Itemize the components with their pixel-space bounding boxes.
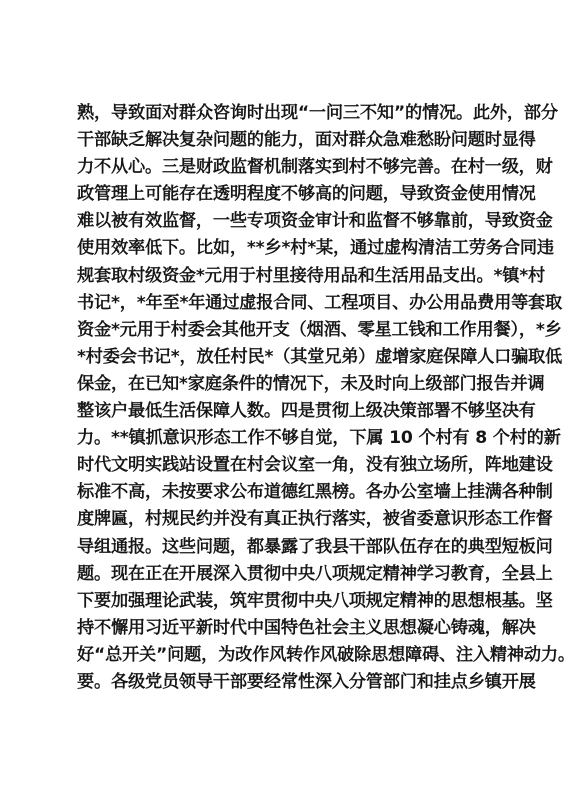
text-line-14: 时代文明实践站设置在村会议室一角，没有独立场所，阵地建设 <box>77 452 487 479</box>
text-line-10: *村委会书记*，放任村民*（其堂兄弟）虚增家庭保障人口骗取低 <box>77 344 487 371</box>
text-line-5: 难以被有效监督，一些专项资金审计和监督不够靠前，导致资金 <box>77 208 487 235</box>
text-line-3: 力不从心。三是财政监督机制落实到村不够完善。在村一级，财 <box>77 154 487 181</box>
text-line-12: 整该户最低生活保障人数。四是贯彻上级决策部署不够坚决有 <box>77 398 487 425</box>
text-line-4: 政管理上可能存在透明程度不够高的问题，导致资金使用情况 <box>77 181 487 208</box>
text-line-8: 书记*，*年至*年通过虚报合同、工程项目、办公用品费用等套取 <box>77 290 487 317</box>
text-line-22: 要。各级党员领导干部要经常性深入分管部门和挂点乡镇开展 <box>77 669 487 696</box>
document-page: 熟，导致面对群众咨询时出现“一问三不知”的情况。此外，部分 干部缺乏解决复杂问题… <box>0 0 570 807</box>
text-line-11: 保金，在已知*家庭条件的情况下，未及时向上级部门报告并调 <box>77 371 487 398</box>
text-line-9: 资金*元用于村委会其他开支（烟酒、零星工钱和工作用餐），*乡 <box>77 317 487 344</box>
text-line-16: 度牌匾，村规民约并没有真正执行落实，被省委意识形态工作督 <box>77 506 487 533</box>
text-line-21: 好“总开关”问题，为改作风转作风破除思想障碍、注入精神动力。 <box>77 642 487 669</box>
text-line-19: 下要加强理论武装，筑牢贯彻中央八项规定精神的思想根基。坚 <box>77 588 487 615</box>
text-line-15: 标准不高，未按要求公布道德红黑榜。各办公室墙上挂满各种制 <box>77 479 487 506</box>
text-line-7: 规套取村级资金*元用于村里接待用品和生活用品支出。*镇*村 <box>77 263 487 290</box>
text-line-20: 持不懈用习近平新时代中国特色社会主义思想凝心铸魂，解决 <box>77 615 487 642</box>
text-line-18: 题。现在正在开展深入贯彻中央八项规定精神学习教育，全县上 <box>77 561 487 588</box>
body-text: 熟，导致面对群众咨询时出现“一问三不知”的情况。此外，部分 干部缺乏解决复杂问题… <box>77 100 487 696</box>
text-line-6: 使用效率低下。比如，**乡*村*某，通过虚构清洁工劳务合同违 <box>77 235 487 262</box>
text-line-13: 力。**镇抓意识形态工作不够自觉，下属 10 个村有 8 个村的新 <box>77 425 487 452</box>
text-line-1: 熟，导致面对群众咨询时出现“一问三不知”的情况。此外，部分 <box>77 100 487 127</box>
text-line-2: 干部缺乏解决复杂问题的能力，面对群众急难愁盼问题时显得 <box>77 127 487 154</box>
text-line-17: 导组通报。这些问题，都暴露了我县干部队伍存在的典型短板问 <box>77 534 487 561</box>
